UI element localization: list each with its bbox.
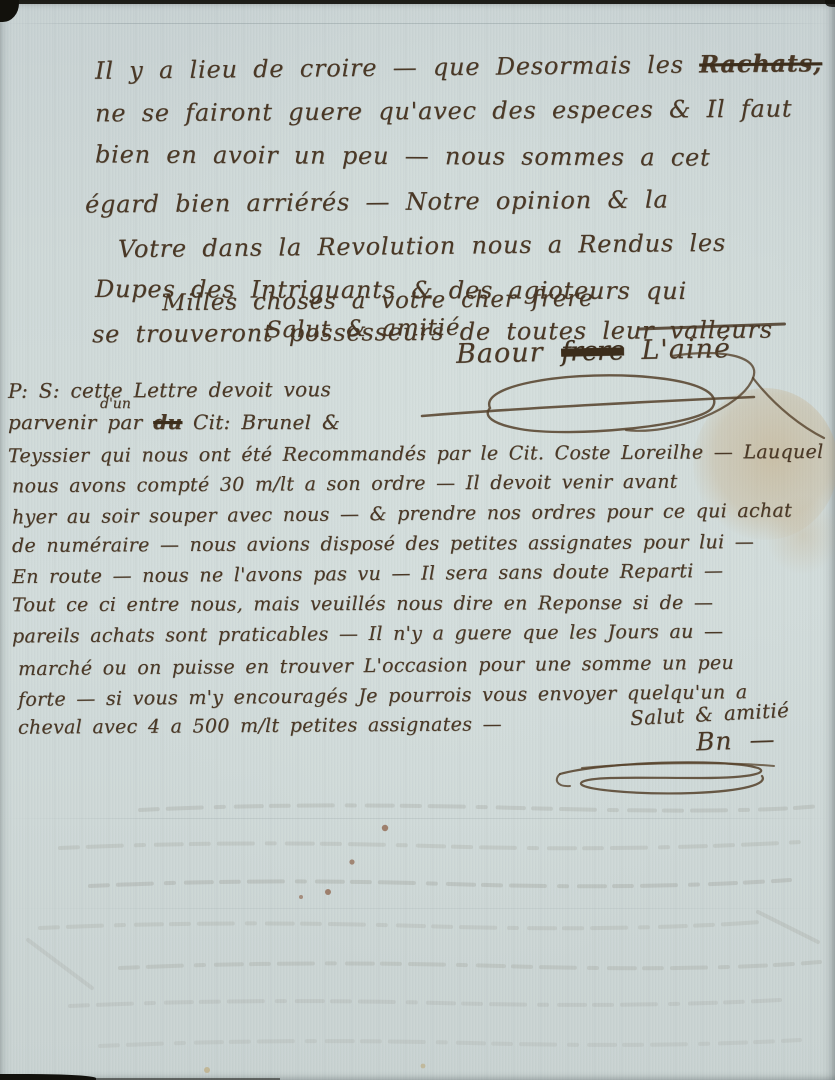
- scan-edge-top: [0, 0, 835, 4]
- ps-line-6: de numéraire — nous avions disposé des p…: [12, 531, 754, 557]
- scan-edge-top-right-dot: [825, 0, 835, 7]
- signature-paraph-flourish: [420, 350, 830, 450]
- fold-line-top: [0, 23, 835, 24]
- body-line-4: égard bien arriérés — Notre opinion & la: [85, 185, 669, 218]
- ps-paraph-flourish: [552, 748, 782, 808]
- body-line-2: ne se fairont guere qu'avec des especes …: [95, 95, 792, 128]
- ps-line-1: P: S: cette Lettre devoit vous: [8, 377, 331, 403]
- ps-line-12: cheval avec 4 a 500 m/lt petites assigna…: [18, 713, 502, 738]
- letter-page: Il y a lieu de croire — que Desormais le…: [0, 0, 835, 1080]
- valediction-line: Milles choses a votre cher frere: [162, 286, 594, 317]
- ps-line-2-inserted-word: d'un: [100, 396, 131, 412]
- ps-line-9: pareils achats sont praticables — Il n'y…: [12, 621, 723, 648]
- body-line-1: Il y a lieu de croire — que Desormais le…: [95, 48, 822, 85]
- body-line-1-text: Il y a lieu de croire — que Desormais le…: [95, 51, 684, 85]
- body-line-1-struck-word: Rachats,: [699, 48, 822, 78]
- ps-line-4: nous avons compté 30 m/lt a son ordre — …: [12, 471, 678, 498]
- ink-bleedthrough-ghost-lines: [0, 800, 835, 1080]
- ps-line-2: parvenir par du d'un Cit: Brunel &: [8, 410, 835, 434]
- ink-bleed-specks: [204, 825, 425, 1073]
- ps-line-3: Teyssier qui nous ont été Recommandés pa…: [8, 441, 824, 467]
- ps-line-8: Tout ce ci entre nous, mais veuillés nou…: [12, 592, 713, 616]
- body-line-3: bien en avoir un peu — nous sommes a cet: [95, 140, 711, 171]
- ps-line-10: marché ou on puisse en trouver L'occasio…: [18, 652, 734, 680]
- scan-edge-top-left-blob: [0, 0, 19, 22]
- ps-line-2-pre: parvenir par: [8, 410, 143, 434]
- ps-line-2-post: Cit: Brunel &: [193, 410, 340, 434]
- scan-edge-bottom-left: [0, 1074, 96, 1080]
- ps-line-5: hyer au soir souper avec nous — & prendr…: [12, 500, 792, 529]
- ps-line-2-struck-word: du: [153, 410, 182, 434]
- body-line-5: Votre dans la Revolution nous a Rendus l…: [118, 229, 726, 263]
- ps-line-7: En route — nous ne l'avons pas vu — Il s…: [12, 560, 723, 588]
- salutation-line: Salut & amitié: [266, 315, 461, 344]
